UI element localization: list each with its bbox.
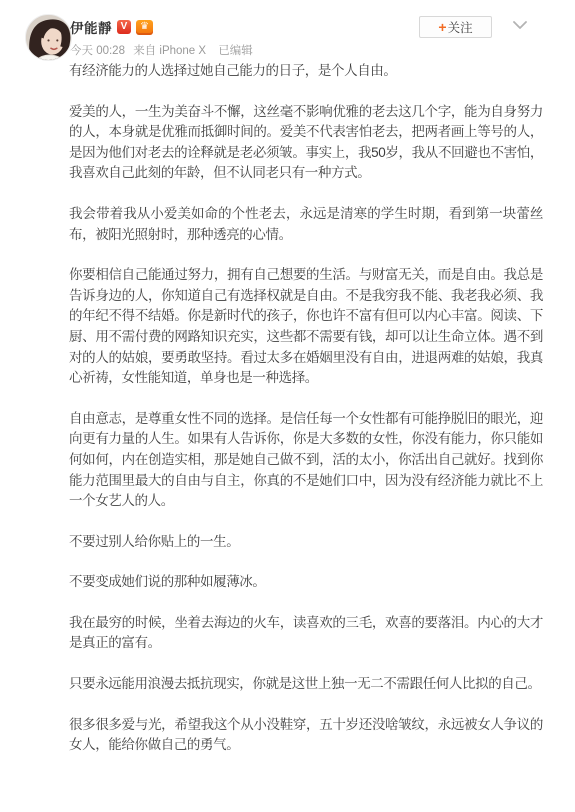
source-prefix: 来自: [133, 45, 156, 57]
follow-button[interactable]: + 关注: [419, 16, 492, 38]
source-link[interactable]: 来自 iPhone X: [133, 45, 206, 57]
post-meta: 今天 00:28 来自 iPhone X 已编辑: [70, 42, 253, 58]
post-paragraph: 很多很多爱与光，希望我这个从小没鞋穿，五十岁还没啥皱纹，永远被女人争议的女人，能…: [69, 715, 543, 756]
post-paragraph: 自由意志，是尊重女性不同的选择。是信任每一个女性都有可能挣脱旧的眼光，迎向更有力…: [69, 409, 543, 512]
timestamp: 今天 00:28: [70, 45, 125, 57]
post-paragraph: 你要相信自己能通过努力，拥有自己想要的生活。与财富无关，而是自由。我总是告诉身边…: [69, 265, 543, 389]
post-text: 有经济能力的人选择过她自己能力的日子，是个人自由。 爱美的人，一生为美奋斗不懈，…: [69, 61, 543, 756]
plus-icon: +: [438, 20, 446, 34]
user-avatar[interactable]: [25, 14, 72, 61]
vip-crown-icon: ♛: [136, 20, 153, 35]
name-row: 伊能靜 V ♛: [70, 19, 253, 35]
chevron-down-icon[interactable]: [511, 18, 529, 32]
post-paragraph: 我会带着我从小爱美如命的个性老去，永远是清寒的学生时期，看到第一块蕾丝布，被阳光…: [69, 204, 543, 245]
post-paragraph: 不要过别人给你贴上的一生。: [69, 532, 543, 553]
weibo-post-page: 伊能靜 V ♛ 今天 00:28 来自 iPhone X 已编辑 + 关注 有经…: [0, 0, 575, 812]
edited-label: 已编辑: [218, 45, 253, 57]
verified-v-icon: V: [117, 20, 131, 34]
post-paragraph: 不要变成她们说的那种如履薄冰。: [69, 572, 543, 593]
source-device: iPhone X: [159, 45, 206, 57]
avatar-image: [26, 15, 72, 61]
user-name[interactable]: 伊能靜: [70, 17, 112, 37]
follow-button-label: 关注: [448, 18, 473, 36]
post-header-info: 伊能靜 V ♛ 今天 00:28 来自 iPhone X 已编辑: [70, 19, 253, 58]
post-paragraph: 我在最穷的时候，坐着去海边的火车，读喜欢的三毛，欢喜的要落泪。内心的大才是真正的…: [69, 613, 543, 654]
post-paragraph: 有经济能力的人选择过她自己能力的日子，是个人自由。: [69, 61, 543, 82]
post-paragraph: 爱美的人，一生为美奋斗不懈，这丝毫不影响优雅的老去这几个字，能为自身努力的人，本…: [69, 102, 543, 184]
post-paragraph: 只要永远能用浪漫去抵抗现实，你就是这世上独一无二不需跟任何人比拟的自己。: [69, 674, 543, 695]
